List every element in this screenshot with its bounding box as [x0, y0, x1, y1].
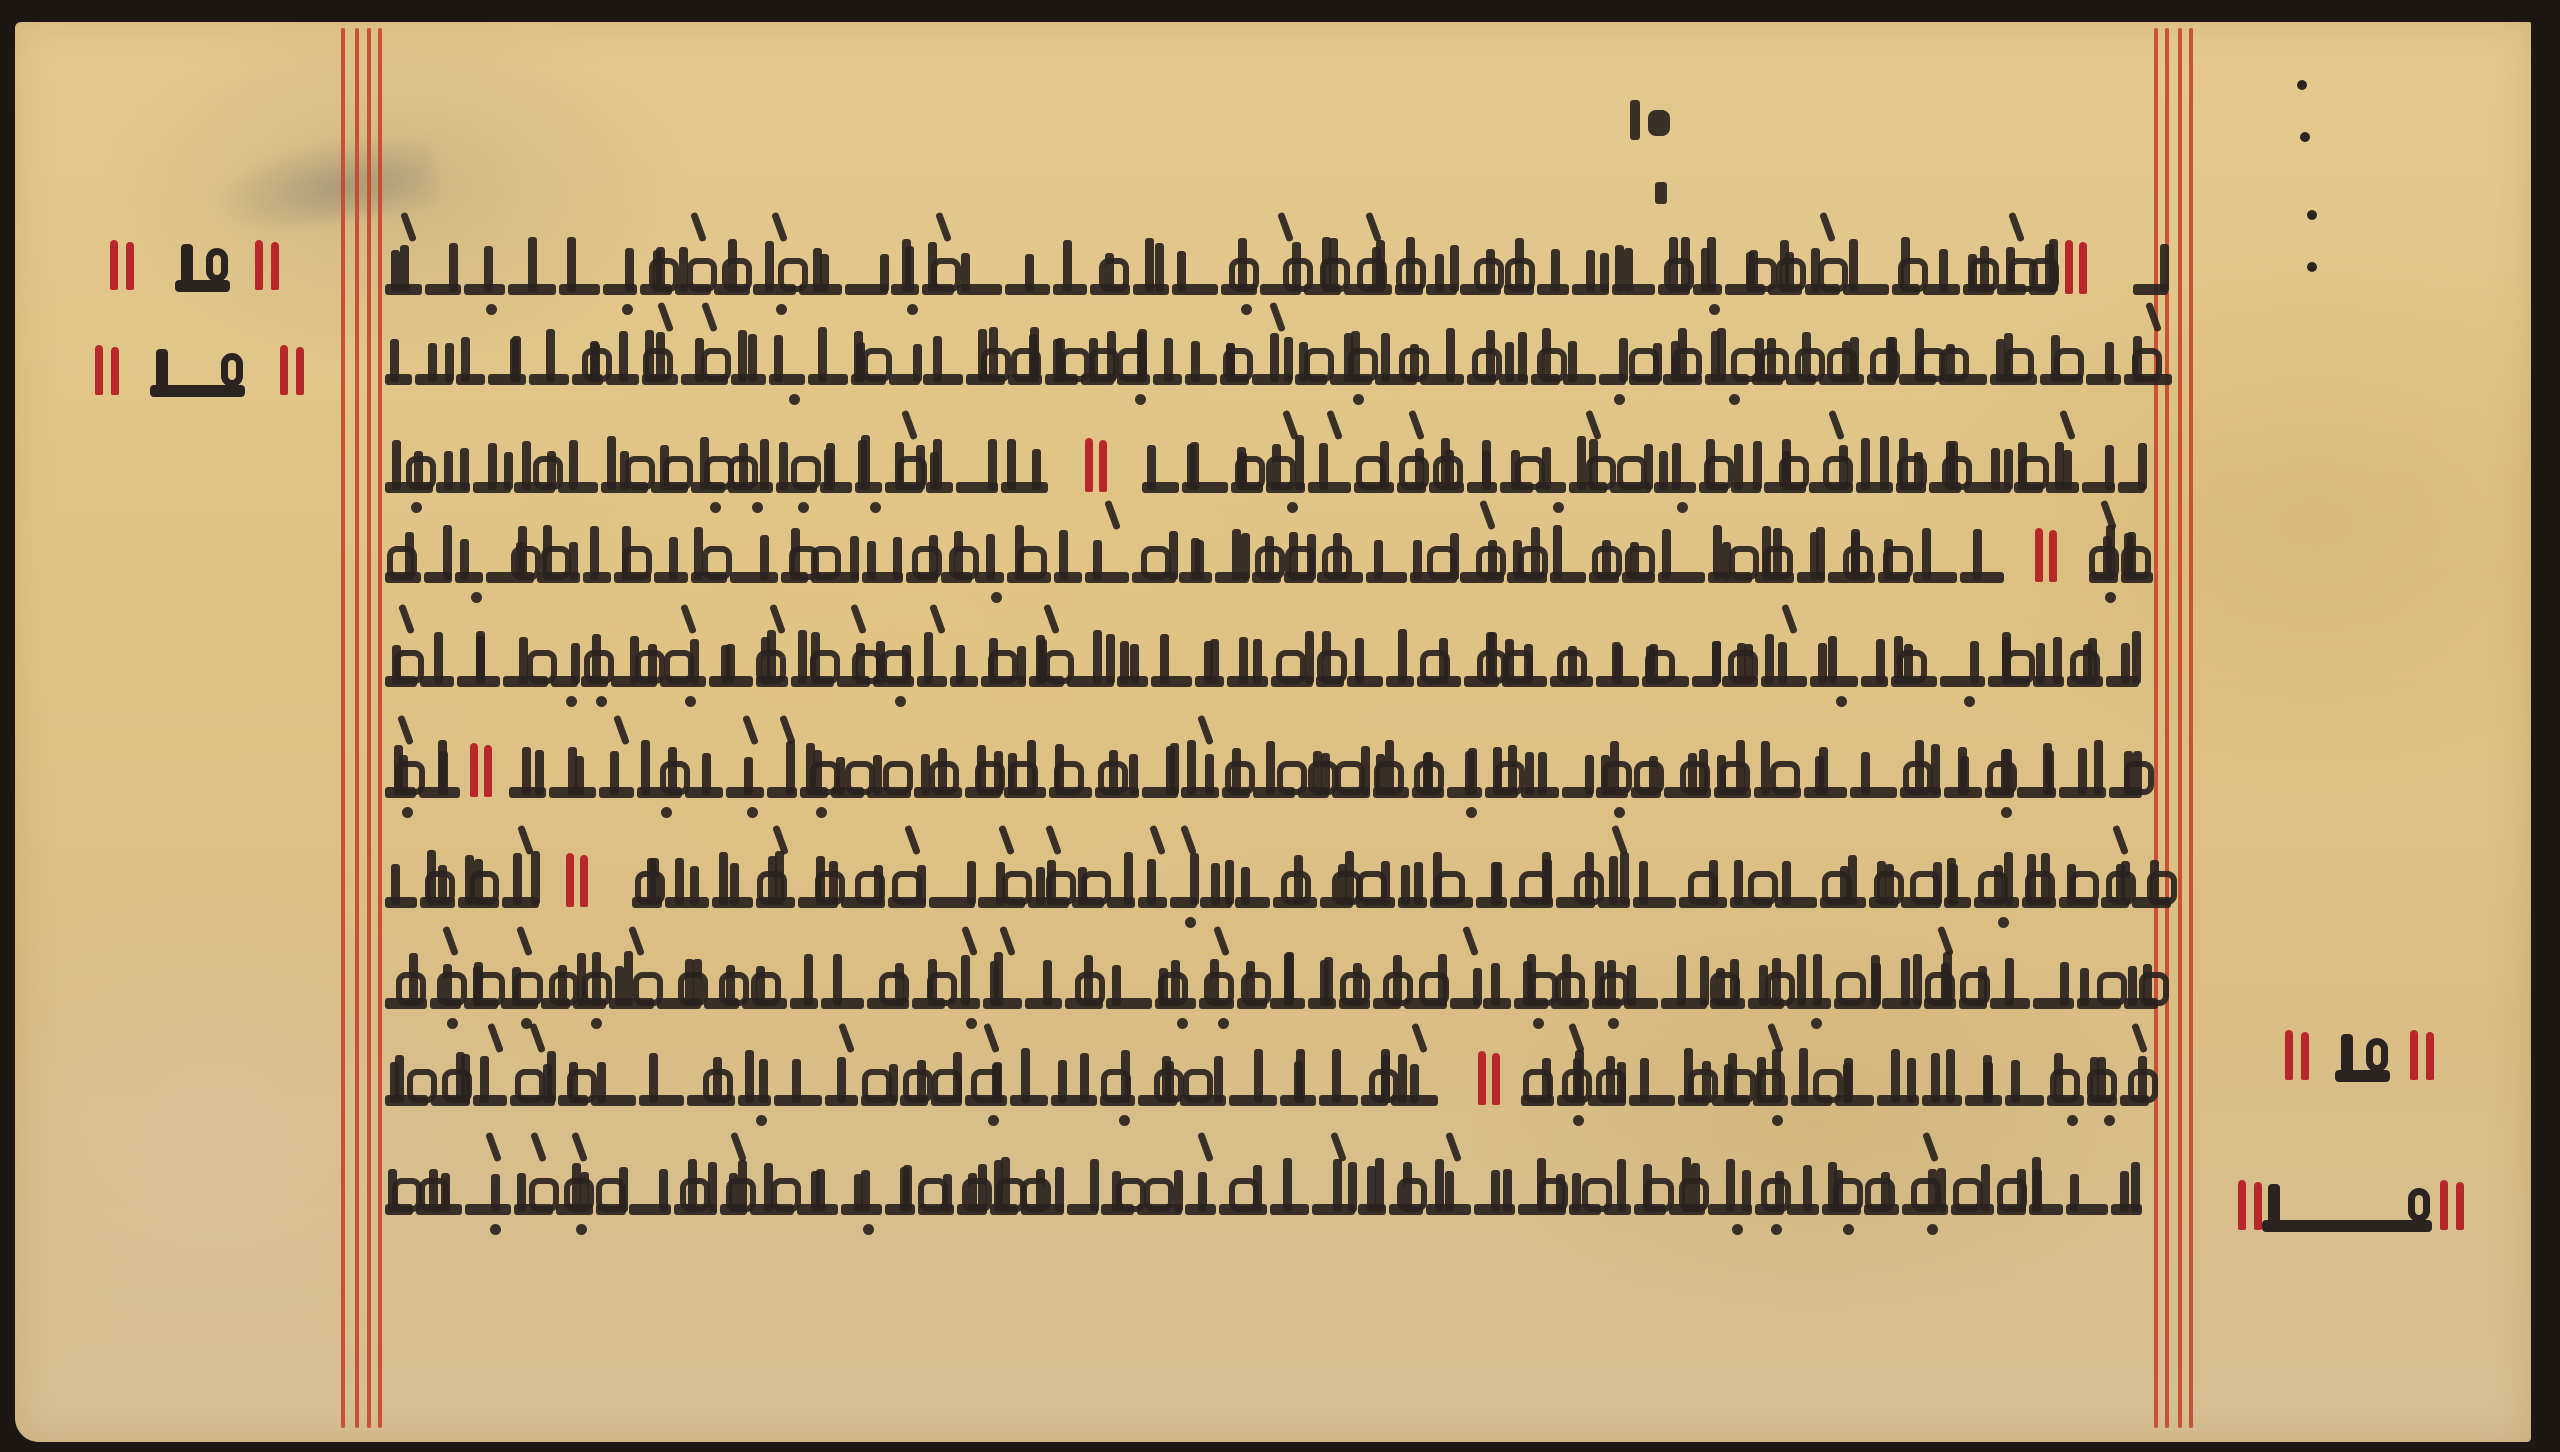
- ink-stroke: [476, 636, 485, 684]
- ink-stroke: [1659, 451, 1668, 490]
- ink-stroke: [1093, 540, 1102, 580]
- string-hole-dot: [2307, 262, 2317, 272]
- ink-stroke: [1645, 650, 1675, 684]
- ink-stroke: [1625, 546, 1655, 580]
- ink-stroke: [396, 972, 426, 1006]
- ink-stroke: [1229, 1178, 1259, 1212]
- ink-stroke: [1624, 248, 1633, 292]
- ink-stroke: [665, 897, 709, 908]
- ink-stroke: [1241, 867, 1250, 905]
- ink-stroke: [730, 572, 778, 583]
- ink-stroke: [971, 1069, 1001, 1103]
- ink-stroke: [892, 871, 922, 905]
- ink-stroke: [460, 448, 469, 490]
- ink-stroke: [1174, 1170, 1183, 1212]
- ink-stroke: [1585, 755, 1594, 795]
- ink-stroke: [1592, 546, 1622, 580]
- ink-stroke: [1969, 258, 1999, 292]
- ink-stroke: [1710, 972, 1740, 1006]
- ink-stroke: [774, 335, 783, 382]
- ink-stroke: [1748, 871, 1778, 905]
- ink-stroke: [726, 644, 735, 684]
- ink-stroke: [1609, 856, 1618, 905]
- ink-stroke: [2032, 1157, 2041, 1212]
- ink-stroke: [513, 972, 543, 1006]
- ink-stroke: [1124, 852, 1133, 905]
- ink-stroke: [1911, 1178, 1941, 1212]
- ink-stroke: [1063, 240, 1072, 292]
- ink-stroke: [1059, 530, 1068, 580]
- ink-stroke: [728, 456, 758, 490]
- ink-stroke: [1435, 1159, 1444, 1212]
- ink-stroke: [434, 632, 443, 684]
- ink-stroke: [1225, 860, 1234, 905]
- ink-stroke: [1285, 546, 1315, 580]
- ink-stroke: [1281, 871, 1311, 905]
- ink-stroke: [541, 546, 571, 580]
- ink-stroke: [390, 1062, 399, 1103]
- ink-stroke: [1843, 1063, 1852, 1103]
- margin-red-danda: [126, 242, 134, 290]
- ink-stroke: [760, 439, 769, 490]
- ink-stroke: [1551, 249, 1560, 292]
- ink-stroke: [1759, 348, 1789, 382]
- ink-stroke: [862, 348, 892, 382]
- ink-stroke: [912, 546, 942, 580]
- ink-stroke: [1615, 245, 1624, 292]
- ink-stroke: [1190, 442, 1199, 490]
- string-hole-dot: [2297, 80, 2307, 90]
- ink-stroke: [1211, 863, 1220, 905]
- ink-stroke: [564, 1178, 594, 1212]
- ink-stroke: [879, 972, 909, 1006]
- ink-stroke: [2086, 374, 2121, 385]
- ink-stroke: [663, 456, 693, 490]
- ink-stroke: [2121, 643, 2130, 684]
- ink-stroke: [1117, 348, 1147, 382]
- ink-stroke: [1568, 341, 1577, 382]
- ink-stroke: [2050, 1069, 2080, 1103]
- ink-stroke: [1712, 641, 1721, 684]
- ink-stroke: [2078, 748, 2087, 795]
- ink-stroke: [1931, 1053, 1940, 1103]
- ink-stroke: [862, 1069, 892, 1103]
- ink-stroke: [988, 439, 997, 490]
- ink-stroke: [1953, 1178, 1983, 1212]
- ink-stroke: [1089, 348, 1119, 382]
- ink-stroke: [1734, 860, 1743, 905]
- ink-stroke: [880, 254, 889, 292]
- ink-stroke: [1254, 1049, 1263, 1103]
- ink-stroke: [1925, 972, 1955, 1006]
- string-hole-dot: [2307, 210, 2317, 220]
- ink-stroke: [1319, 443, 1328, 490]
- margin-red-danda: [2301, 1032, 2309, 1080]
- red-double-danda: [580, 855, 588, 907]
- ink-stroke: [1381, 333, 1390, 382]
- ink-stroke: [1043, 960, 1052, 1006]
- ink-stroke: [1503, 1169, 1512, 1212]
- ink-stroke: [1620, 852, 1629, 905]
- ink-stroke: [1836, 972, 1866, 1006]
- ink-stroke: [1818, 643, 1827, 684]
- ink-stroke: [2121, 546, 2151, 580]
- margin-numeral: [206, 248, 228, 282]
- ink-stroke: [1324, 957, 1333, 1006]
- ink-stroke: [1596, 1069, 1626, 1103]
- ink-stroke: [546, 329, 555, 382]
- ink-stroke: [873, 755, 882, 795]
- ink-stroke: [465, 1204, 511, 1215]
- ink-stroke: [1374, 761, 1404, 795]
- ink-stroke: [1204, 641, 1213, 684]
- ink-stroke: [1991, 448, 2000, 490]
- ink-stroke: [1093, 630, 1102, 684]
- ink-stroke: [1017, 646, 1026, 684]
- ink-stroke: [582, 972, 612, 1006]
- ink-stroke: [1032, 449, 1041, 490]
- red-rule-line: [2189, 28, 2193, 1428]
- ink-stroke: [1160, 634, 1169, 684]
- ink-stroke: [2060, 962, 2069, 1006]
- ink-stroke: [1536, 482, 1566, 493]
- ink-stroke: [664, 650, 694, 684]
- ink-stroke: [2069, 871, 2099, 905]
- ink-stroke: [1688, 871, 1718, 905]
- ink-stroke: [1295, 435, 1304, 490]
- ink-stroke: [1145, 238, 1154, 292]
- ink-stroke: [610, 751, 619, 795]
- ink-stroke: [1348, 1162, 1357, 1212]
- ink-stroke: [385, 897, 417, 908]
- ink-stroke: [808, 374, 848, 385]
- ink-stroke: [1939, 249, 1948, 292]
- red-rule-line: [378, 28, 382, 1428]
- ink-stroke: [488, 443, 497, 490]
- ink-stroke: [2128, 966, 2137, 1006]
- ink-stroke: [1191, 341, 1200, 382]
- ink-stroke: [1348, 348, 1378, 382]
- ink-stroke: [1017, 546, 1047, 580]
- ink-stroke: [690, 866, 699, 905]
- ink-stroke: [1880, 436, 1889, 490]
- ink-stroke: [1726, 1069, 1756, 1103]
- ink-stroke: [1803, 1165, 1812, 1212]
- ink-stroke: [390, 339, 399, 382]
- ink-stroke: [760, 535, 769, 580]
- ink-stroke: [702, 546, 732, 580]
- ink-stroke: [2043, 743, 2052, 795]
- ink-stroke: [2089, 546, 2119, 580]
- ink-stroke: [1913, 572, 1957, 583]
- ink-stroke: [649, 1053, 658, 1103]
- ink-stroke: [903, 1069, 933, 1103]
- ink-stroke: [571, 643, 580, 684]
- ink-stroke: [2036, 643, 2045, 684]
- ink-stroke: [961, 955, 970, 1006]
- ink-stroke: [1799, 1048, 1808, 1103]
- ink-stroke: [962, 1178, 992, 1212]
- ink-stroke: [1491, 963, 1500, 1006]
- ink-stroke: [1922, 528, 1931, 580]
- ink-stroke: [2087, 1069, 2117, 1103]
- ink-stroke: [1910, 871, 1940, 905]
- ink-stroke: [607, 436, 616, 490]
- ink-stroke: [833, 954, 842, 1006]
- ink-stroke: [1728, 650, 1758, 684]
- ink-stroke: [529, 1178, 559, 1212]
- ink-stroke: [2139, 972, 2169, 1006]
- ink-stroke: [1355, 638, 1364, 684]
- ink-stroke: [1229, 258, 1259, 292]
- ink-stroke: [1332, 1049, 1341, 1103]
- ink-stroke: [428, 343, 437, 382]
- margin-numeral: [2262, 1220, 2432, 1232]
- ink-stroke: [1662, 529, 1671, 580]
- ink-stroke: [2063, 450, 2072, 490]
- ink-stroke: [1419, 972, 1449, 1006]
- ink-stroke: [933, 336, 942, 382]
- ink-stroke: [1446, 328, 1455, 382]
- ink-stroke: [1634, 761, 1664, 795]
- ink-stroke: [1235, 456, 1265, 490]
- ink-stroke: [484, 246, 493, 292]
- ink-stroke: [1973, 529, 1982, 580]
- ink-stroke: [1185, 374, 1217, 385]
- ink-stroke: [2105, 342, 2114, 382]
- ink-stroke: [1198, 1172, 1207, 1212]
- margin-numeral: [221, 353, 243, 387]
- ink-stroke: [443, 525, 452, 580]
- ink-stroke: [2054, 348, 2084, 382]
- ink-stroke: [1765, 634, 1774, 684]
- ink-stroke: [392, 440, 401, 490]
- ink-stroke: [515, 1069, 545, 1103]
- ink-stroke: [1283, 1158, 1292, 1212]
- ink-stroke: [1357, 871, 1387, 905]
- ink-stroke: [400, 245, 409, 292]
- ink-stroke: [813, 248, 822, 292]
- red-double-danda: [484, 745, 492, 797]
- ink-stroke: [1129, 754, 1138, 795]
- ink-stroke: [2138, 443, 2147, 490]
- margin-red-danda: [280, 345, 288, 395]
- margin-red-danda: [2410, 1030, 2418, 1080]
- ink-stroke: [1099, 258, 1129, 292]
- ink-stroke: [703, 1069, 733, 1103]
- ink-stroke: [522, 747, 531, 795]
- ink-stroke: [1823, 456, 1853, 490]
- ink-stroke: [1816, 527, 1825, 580]
- ink-stroke: [1907, 1058, 1916, 1103]
- ink-stroke: [791, 456, 821, 490]
- ink-stroke: [528, 237, 537, 292]
- ink-stroke: [2097, 972, 2127, 1006]
- ink-stroke: [680, 1178, 710, 1212]
- ink-stroke: [461, 337, 470, 382]
- ink-stroke: [558, 482, 598, 493]
- ink-stroke: [1987, 761, 2017, 795]
- ink-stroke: [1347, 676, 1383, 687]
- ink-stroke: [1011, 348, 1041, 382]
- ink-stroke: [597, 1062, 606, 1103]
- red-double-danda: [1492, 1053, 1500, 1105]
- ink-stroke: [1523, 1069, 1553, 1103]
- ink-stroke: [2055, 442, 2064, 490]
- ink-stroke: [1978, 871, 2008, 905]
- red-double-danda: [2049, 530, 2057, 582]
- ink-stroke: [1679, 1178, 1709, 1212]
- ink-stroke: [1726, 1159, 1735, 1212]
- ink-stroke: [1476, 546, 1506, 580]
- margin-red-danda: [2440, 1180, 2448, 1230]
- ink-stroke: [568, 747, 577, 795]
- ink-stroke: [584, 650, 614, 684]
- ink-stroke: [437, 972, 467, 1006]
- ink-stroke: [1130, 644, 1139, 684]
- ink-stroke: [1366, 572, 1407, 583]
- ink-stroke: [1413, 540, 1422, 580]
- ink-stroke: [855, 871, 885, 905]
- ink-stroke: [1505, 342, 1514, 382]
- ink-stroke: [821, 998, 864, 1009]
- ink-stroke: [1861, 752, 1870, 795]
- red-rule-line: [2178, 28, 2182, 1428]
- ink-stroke: [1850, 787, 1897, 798]
- ink-stroke: [1427, 546, 1457, 580]
- ink-stroke: [1473, 968, 1482, 1006]
- ink-stroke: [1734, 444, 1743, 490]
- ink-stroke: [1098, 761, 1128, 795]
- ink-stroke: [1493, 862, 1502, 905]
- ink-stroke: [635, 871, 665, 905]
- ink-stroke: [1075, 972, 1105, 1006]
- ink-stroke: [1617, 456, 1647, 490]
- ink-stroke: [639, 1095, 684, 1106]
- margin-numeral: [2268, 1184, 2280, 1230]
- ink-stroke: [1276, 650, 1306, 684]
- ink-stroke: [1776, 258, 1806, 292]
- ink-stroke: [1876, 639, 1885, 684]
- ink-stroke: [1797, 954, 1806, 1006]
- ink-stroke: [2128, 1069, 2158, 1103]
- ink-stroke: [988, 650, 1018, 684]
- ink-stroke: [744, 757, 753, 795]
- insertion-mark: [1648, 110, 1670, 136]
- ink-stroke: [1704, 456, 1734, 490]
- ink-stroke: [918, 1178, 948, 1212]
- ink-stroke: [1232, 529, 1241, 580]
- ink-stroke: [473, 1095, 507, 1106]
- ink-stroke: [1849, 239, 1858, 292]
- ink-stroke: [1883, 546, 1913, 580]
- ink-stroke: [2131, 1162, 2140, 1212]
- red-double-danda: [470, 743, 478, 797]
- ink-stroke: [559, 284, 600, 295]
- ink-stroke: [2029, 258, 2059, 292]
- ink-stroke: [883, 761, 913, 795]
- ink-stroke: [923, 374, 963, 385]
- ink-stroke: [1367, 1166, 1376, 1212]
- ink-stroke: [2094, 740, 2103, 795]
- ink-stroke: [1147, 859, 1156, 905]
- ink-stroke: [719, 852, 728, 905]
- ink-stroke: [1865, 1178, 1895, 1212]
- ink-stroke: [687, 258, 717, 292]
- ink-stroke: [2004, 449, 2013, 490]
- ink-stroke: [1266, 741, 1275, 795]
- margin-numeral: [2341, 1034, 2353, 1080]
- ink-stroke: [1401, 865, 1410, 905]
- ink-stroke: [2011, 1060, 2020, 1103]
- ink-stroke: [643, 348, 673, 382]
- ink-stroke: [1903, 761, 1933, 795]
- ink-stroke: [1600, 253, 1609, 292]
- ink-stroke: [837, 1057, 846, 1103]
- ink-stroke: [1266, 456, 1296, 490]
- ink-stroke: [1984, 1062, 1993, 1103]
- margin-red-danda: [2254, 1182, 2262, 1230]
- red-double-danda: [2065, 240, 2073, 294]
- ink-stroke: [675, 858, 684, 905]
- ink-stroke: [804, 954, 813, 1006]
- ink-stroke: [1229, 1095, 1277, 1106]
- ink-stroke: [811, 1171, 820, 1212]
- ink-stroke: [905, 246, 914, 292]
- ink-stroke: [1147, 445, 1156, 490]
- ink-stroke: [2132, 631, 2141, 684]
- ink-stroke: [567, 237, 576, 292]
- ink-stroke: [722, 258, 752, 292]
- ink-stroke: [1239, 637, 1248, 684]
- ink-stroke: [961, 253, 970, 292]
- ink-stroke: [1672, 348, 1702, 382]
- ink-stroke: [1946, 1049, 1955, 1103]
- ink-stroke: [903, 1165, 912, 1212]
- ink-stroke: [1177, 251, 1186, 292]
- ink-stroke: [1284, 337, 1293, 382]
- ink-stroke: [1322, 546, 1352, 580]
- ink-stroke: [2070, 1174, 2079, 1212]
- ink-stroke: [1255, 546, 1285, 580]
- ink-stroke: [1763, 546, 1793, 580]
- ink-stroke: [1629, 348, 1659, 382]
- ink-stroke: [818, 327, 827, 382]
- ink-stroke: [1155, 243, 1164, 292]
- ink-stroke: [1503, 650, 1533, 684]
- ink-stroke: [1270, 333, 1279, 382]
- ink-stroke: [981, 348, 1011, 382]
- ink-stroke: [1939, 348, 1969, 382]
- ink-stroke: [1054, 761, 1084, 795]
- margin-numeral: [2408, 1188, 2430, 1222]
- ink-stroke: [759, 1059, 768, 1103]
- ink-stroke: [1420, 650, 1450, 684]
- ink-stroke: [1787, 998, 1831, 1009]
- red-rule-line: [2165, 28, 2169, 1428]
- ink-stroke: [1970, 641, 1979, 684]
- margin-red-danda: [2456, 1182, 2464, 1230]
- red-rule-line: [2154, 28, 2158, 1428]
- ink-stroke: [624, 951, 633, 1006]
- ink-stroke: [1112, 965, 1121, 1006]
- ink-stroke: [522, 441, 531, 490]
- ink-stroke: [1333, 1159, 1342, 1212]
- ink-stroke: [504, 452, 513, 490]
- insertion-mark: [1655, 182, 1667, 204]
- ink-stroke: [1960, 972, 1990, 1006]
- ink-stroke: [1557, 650, 1587, 684]
